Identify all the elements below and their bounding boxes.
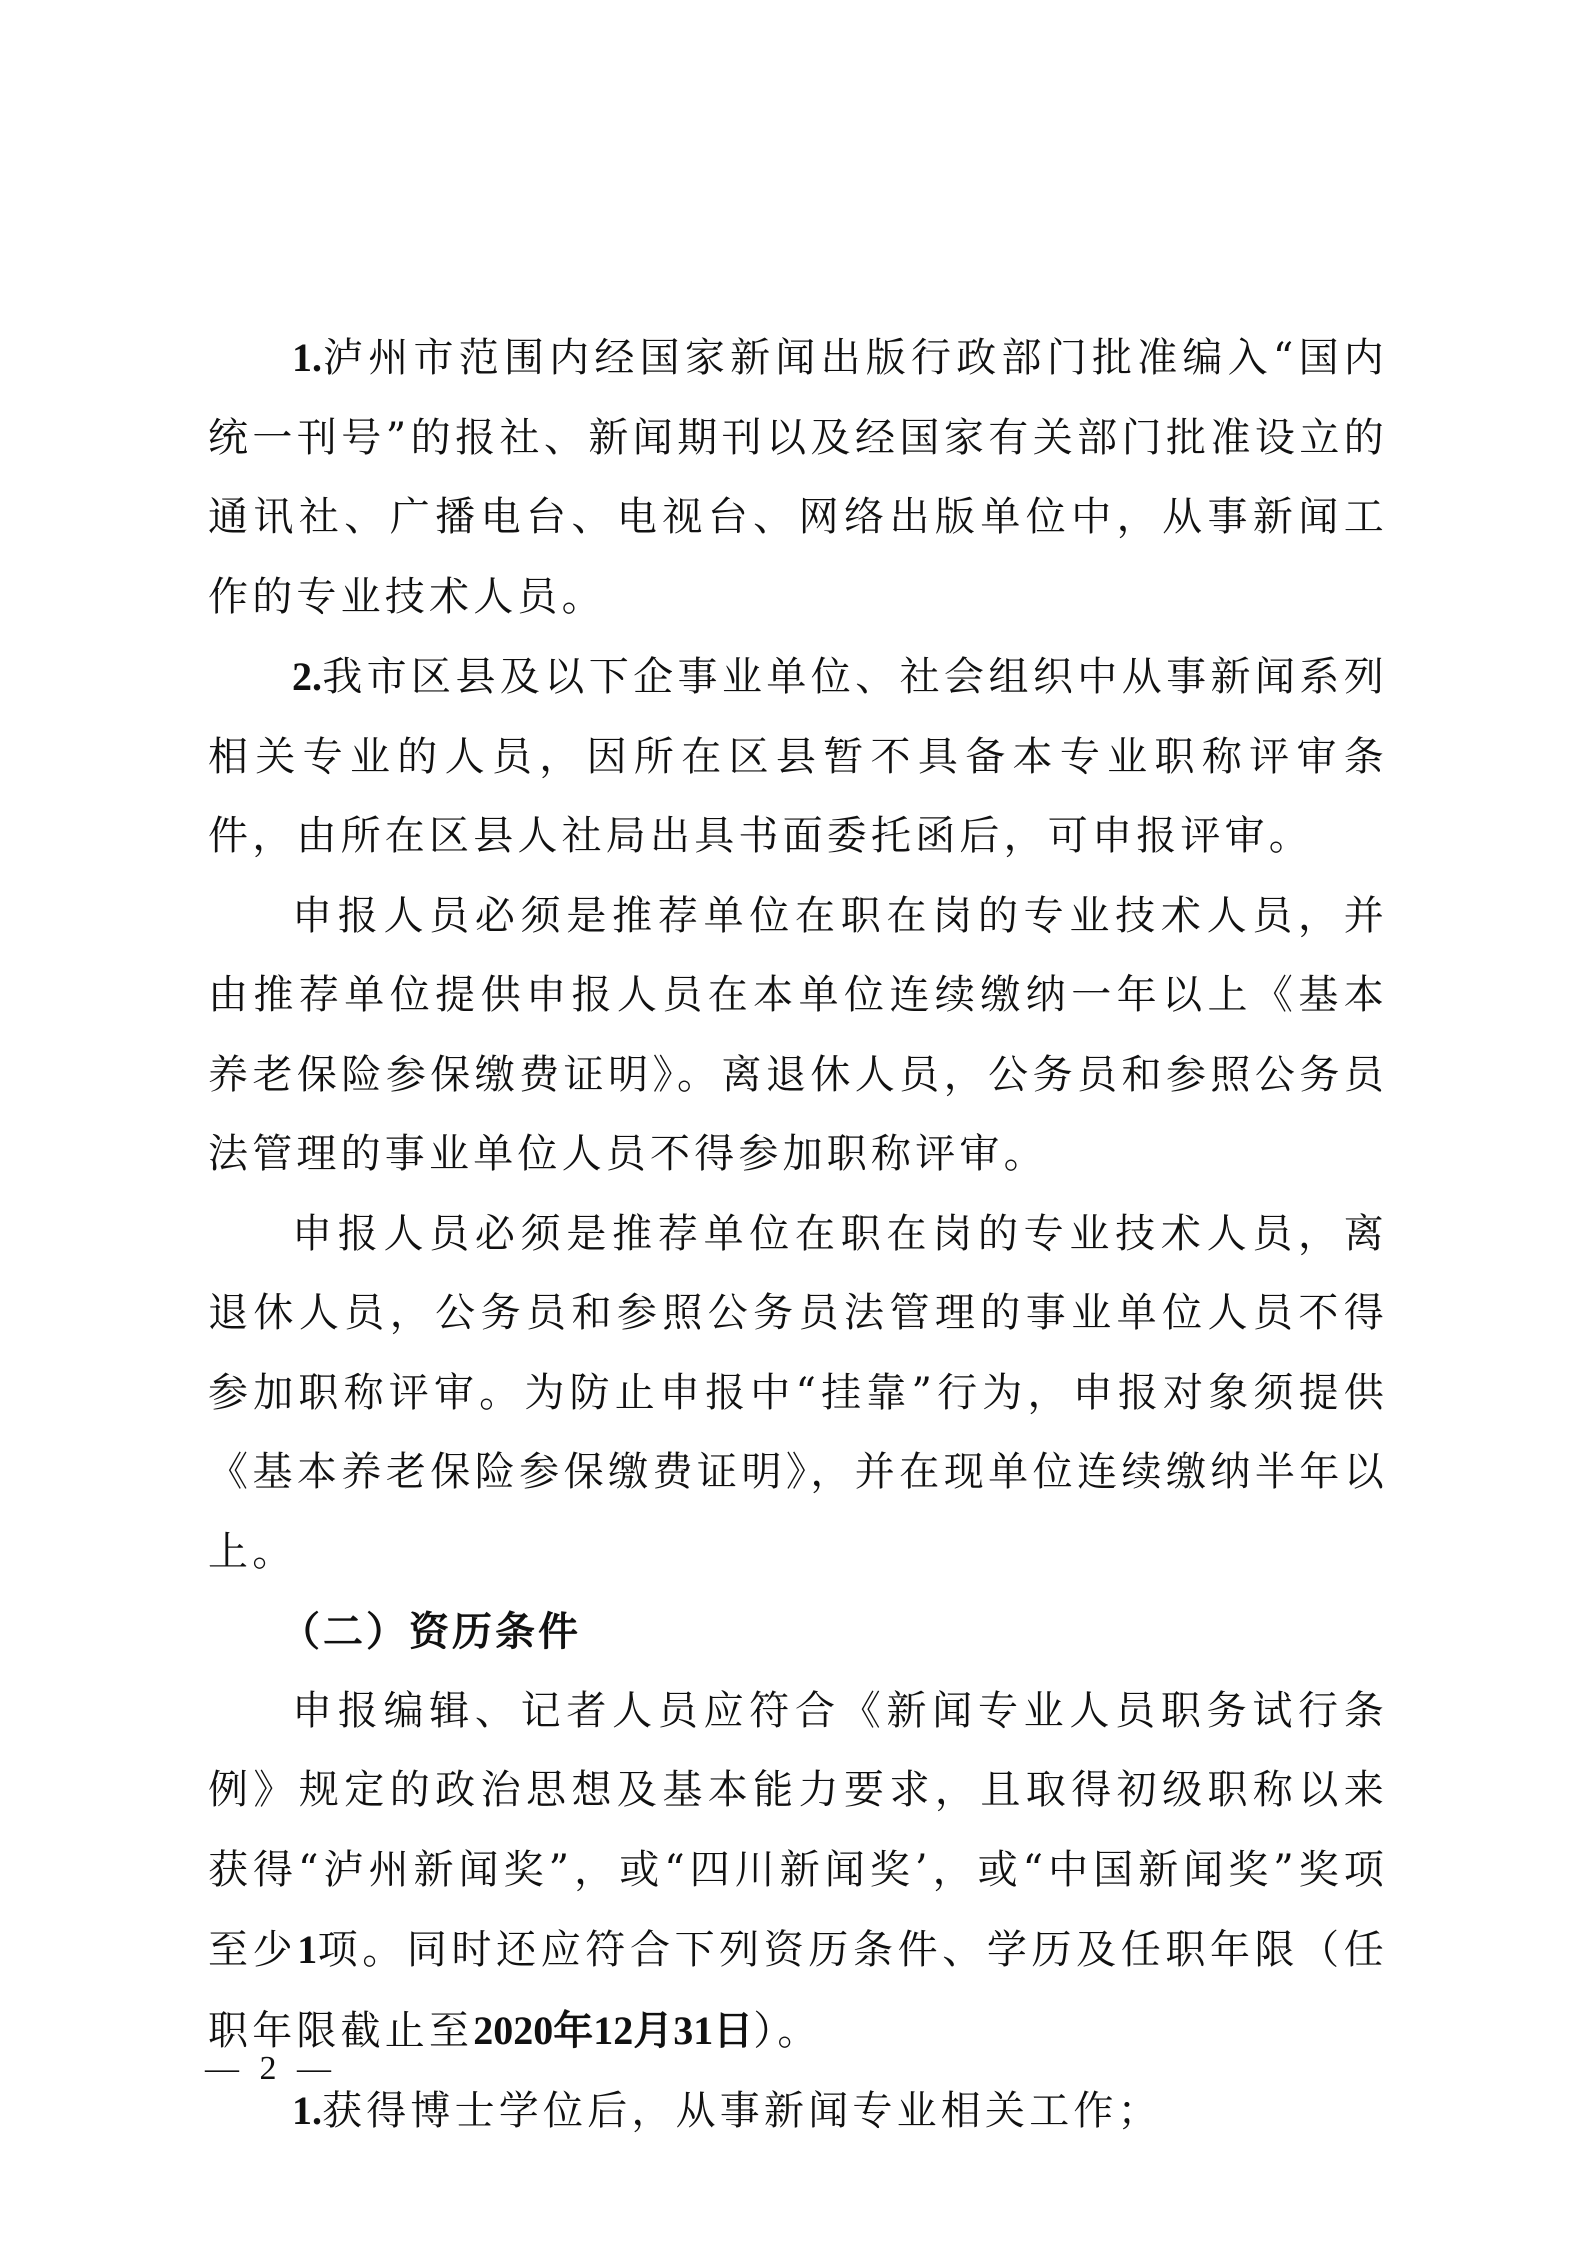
cutoff-date: 2020年12月31日 — [473, 2008, 753, 2053]
paragraph-text: 我市区县及以下企事业单位、社会组织中从事新闻系列相关专业的人员，因所在区县暂不具… — [208, 654, 1388, 859]
page-number: — 2 — — [205, 2050, 337, 2088]
paragraph-scope-1: 1.泸州市范围内经国家新闻出版行政部门批准编入“国内统一刊号”的报社、新闻期刊以… — [208, 318, 1388, 637]
paragraph-text: 泸州市范围内经国家新闻出版行政部门批准编入“国内统一刊号”的报社、新闻期刊以及经… — [208, 335, 1388, 620]
list-item-doctorate: 1.获得博士学位后，从事新闻专业相关工作； — [208, 2071, 1388, 2152]
paragraph-applicant-requirement-revised: 申报人员必须是推荐单位在职在岗的专业技术人员，离退休人员，公务员和参照公务员法管… — [208, 1195, 1388, 1593]
paragraph-scope-2: 2.我市区县及以下企事业单位、社会组织中从事新闻系列相关专业的人员，因所在区县暂… — [208, 637, 1388, 877]
item-number: 1. — [292, 2088, 322, 2133]
award-count: 1 — [297, 1927, 317, 1972]
section-heading: （二）资历条件 — [208, 1592, 1388, 1672]
paragraph-qualification: 申报编辑、记者人员应符合《新闻专业人员职务试行条例》规定的政治思想及基本能力要求… — [208, 1672, 1388, 2072]
item-number: 2. — [292, 654, 322, 699]
paragraph-text: 申报人员必须是推荐单位在职在岗的专业技术人员，并由推荐单位提供申报人员在本单位连… — [208, 893, 1388, 1178]
list-item-text: 获得博士学位后，从事新闻专业相关工作； — [322, 2088, 1162, 2134]
item-number: 1. — [292, 335, 322, 380]
paragraph-applicant-requirement: 申报人员必须是推荐单位在职在岗的专业技术人员，并由推荐单位提供申报人员在本单位连… — [208, 877, 1388, 1195]
paragraph-text: 申报人员必须是推荐单位在职在岗的专业技术人员，离退休人员，公务员和参照公务员法管… — [208, 1211, 1388, 1575]
paragraph-text: ）。 — [753, 2008, 821, 2054]
document-body: 1.泸州市范围内经国家新闻出版行政部门批准编入“国内统一刊号”的报社、新闻期刊以… — [208, 318, 1388, 2152]
